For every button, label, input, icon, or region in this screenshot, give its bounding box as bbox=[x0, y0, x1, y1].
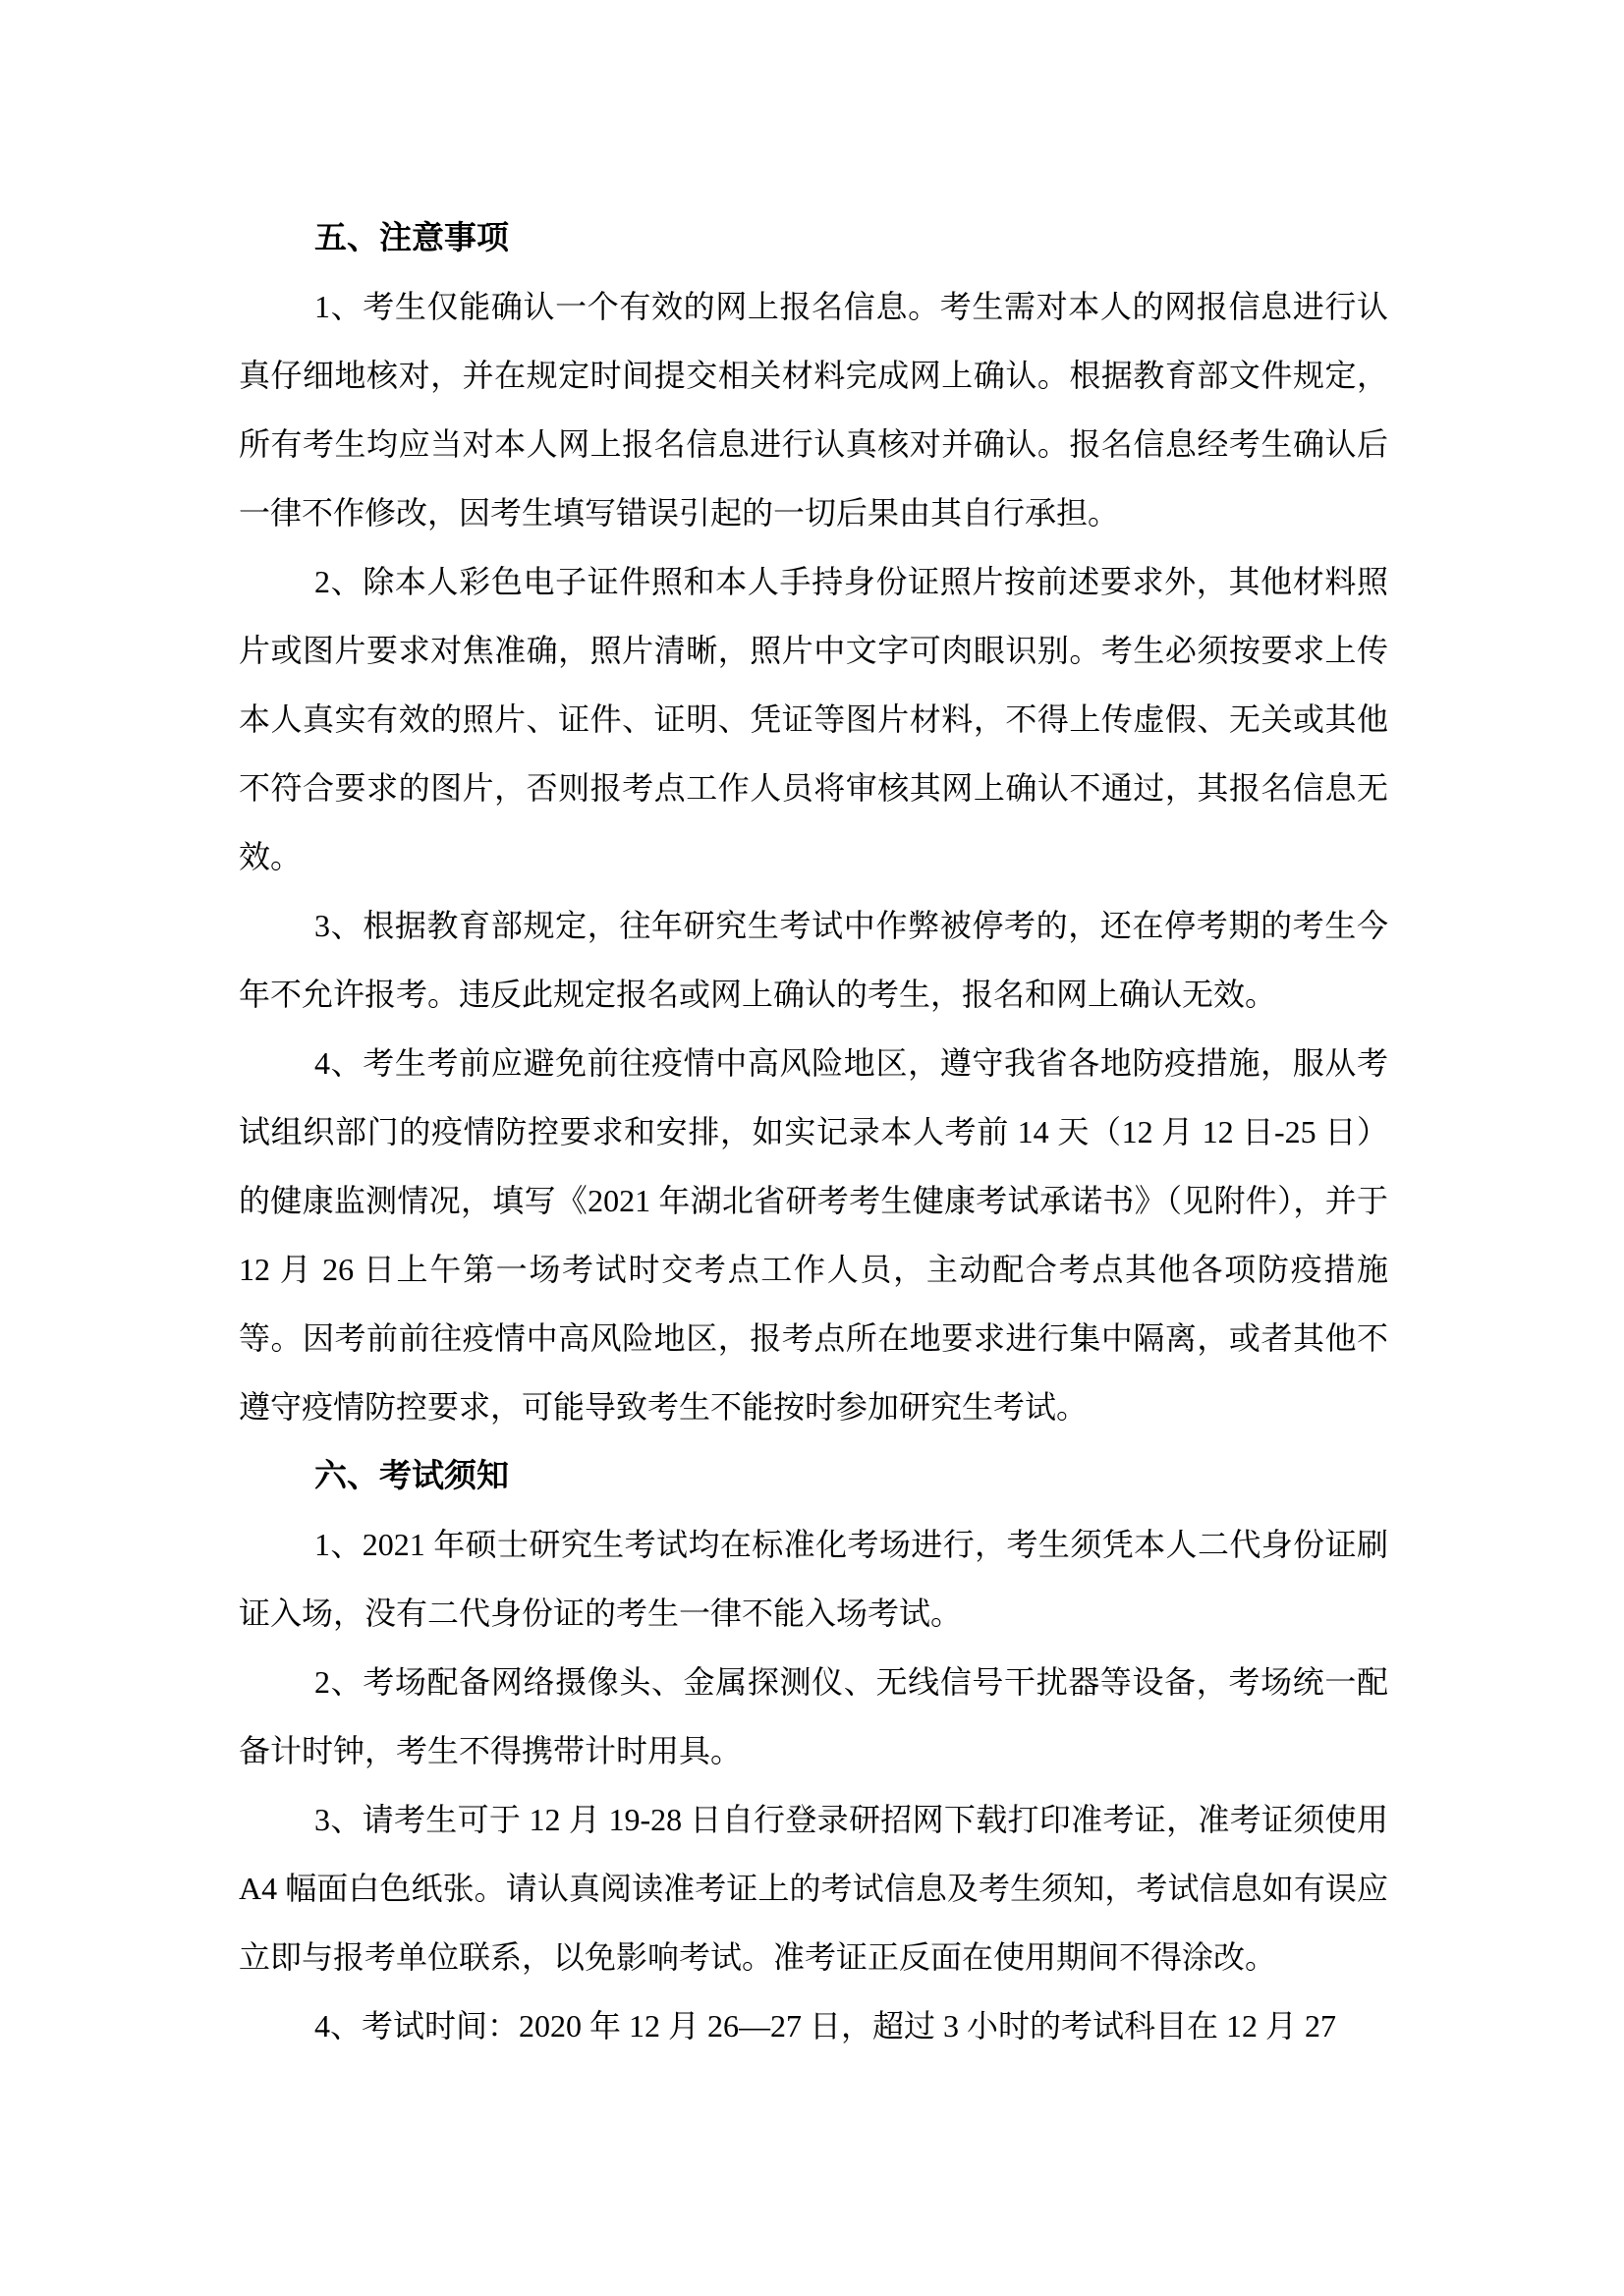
paragraph: 2、除本人彩色电子证件照和本人手持身份证照片按前述要求外，其他材料照片或图片要求… bbox=[239, 547, 1388, 891]
paragraph: 1、考生仅能确认一个有效的网上报名信息。考生需对本人的网报信息进行认真仔细地核对… bbox=[239, 272, 1388, 547]
paragraph: 2、考场配备网络摄像头、金属探测仪、无线信号干扰器等设备，考场统一配备计时钟，考… bbox=[239, 1648, 1388, 1785]
document-body: 五、注意事项 1、考生仅能确认一个有效的网上报名信息。考生需对本人的网报信息进行… bbox=[239, 203, 1388, 2060]
paragraph: 4、考生考前应避免前往疫情中高风险地区，遵守我省各地防疫措施，服从考试组织部门的… bbox=[239, 1029, 1388, 1441]
document-page: 五、注意事项 1、考生仅能确认一个有效的网上报名信息。考生需对本人的网报信息进行… bbox=[0, 0, 1624, 2296]
section-heading-exam-instructions: 六、考试须知 bbox=[239, 1441, 1388, 1510]
paragraph: 3、请考生可于 12 月 19-28 日自行登录研招网下载打印准考证，准考证须使… bbox=[239, 1785, 1388, 1991]
paragraph: 3、根据教育部规定，往年研究生考试中作弊被停考的，还在停考期的考生今年不允许报考… bbox=[239, 891, 1388, 1029]
section-heading-notes: 五、注意事项 bbox=[239, 203, 1388, 272]
paragraph: 1、2021 年硕士研究生考试均在标准化考场进行，考生须凭本人二代身份证刷证入场… bbox=[239, 1510, 1388, 1648]
paragraph: 4、考试时间：2020 年 12 月 26—27 日，超过 3 小时的考试科目在… bbox=[239, 1991, 1388, 2060]
